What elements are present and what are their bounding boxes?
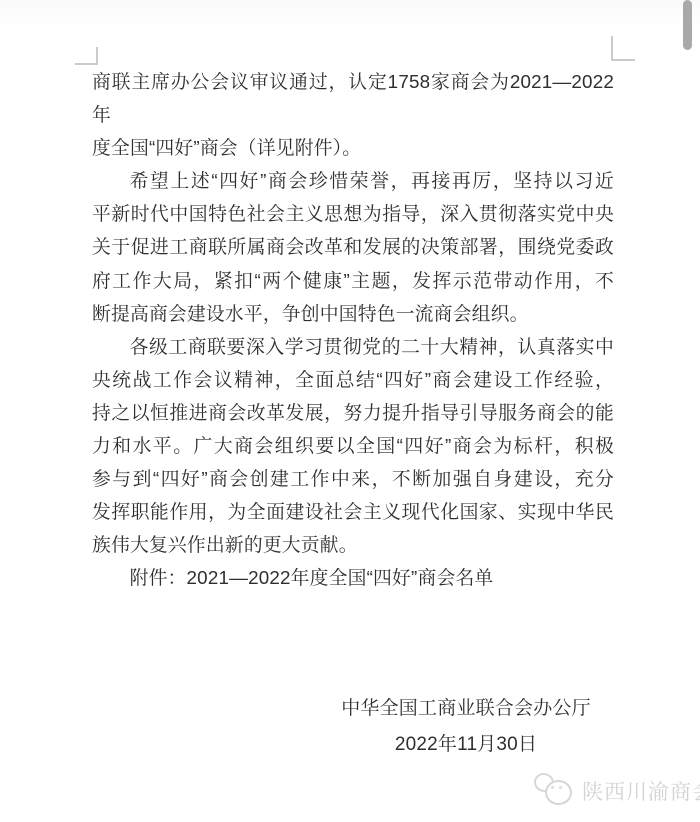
text-boundary-mark-top-left (75, 47, 98, 65)
body-line: 持之以恒推进商会改革发展，努力提升指导引导服务商会的能 (92, 396, 614, 429)
signature-org: 中华全国工商业联合会办公厅 (340, 691, 592, 727)
body-line: 度全国“四好”商会（详见附件）。 (92, 131, 614, 164)
body-line: 发挥职能作用，为全面建设社会主义现代化国家、实现中华民 (92, 495, 614, 528)
watermark: 陕西川渝商会 (531, 769, 700, 813)
body-line: 各级工商联要深入学习贯彻党的二十大精神，认真落实中 (92, 330, 614, 363)
body-line: 关于促进工商联所属商会改革和发展的决策部署，围绕党委政 (92, 230, 614, 263)
watermark-label: 陕西川渝商会 (582, 776, 700, 806)
scrollbar-thumb[interactable] (683, 0, 692, 50)
body-line: 断提高商会建设水平，争创中国特色一流商会组织。 (92, 297, 614, 330)
body-line: 央统战工作会议精神，全面总结“四好”商会建设工作经验， (92, 363, 614, 396)
body-line: 平新时代中国特色社会主义思想为指导，深入贯彻落实党中央 (92, 197, 614, 230)
signature-date: 2022年11月30日 (340, 727, 592, 763)
chamber-logo-icon (531, 769, 579, 813)
body-line: 希望上述“四好”商会珍惜荣誉，再接再厉，坚持以习近 (92, 164, 614, 197)
body-line: 族伟大复兴作出新的更大贡献。 (92, 528, 614, 561)
body-line: 府工作大局，紧扣“两个健康”主题，发挥示范带动作用，不 (92, 264, 614, 297)
document-page: 商联主席办公会议审议通过，认定1758家商会为2021—2022年 度全国“四好… (0, 0, 700, 822)
attachment-line: 附件：2021—2022年度全国“四好”商会名单 (92, 561, 614, 594)
signature-block: 中华全国工商业联合会办公厅 2022年11月30日 (340, 691, 592, 762)
body-line: 力和水平。广大商会组织要以全国“四好”商会为标杆，积极 (92, 429, 614, 462)
body-line: 参与到“四好”商会创建工作中来，不断加强自身建设，充分 (92, 462, 614, 495)
body-line: 商联主席办公会议审议通过，认定1758家商会为2021—2022年 (92, 65, 614, 131)
document-body: 商联主席办公会议审议通过，认定1758家商会为2021—2022年 度全国“四好… (92, 65, 614, 561)
text-boundary-mark-top-right (611, 36, 635, 61)
